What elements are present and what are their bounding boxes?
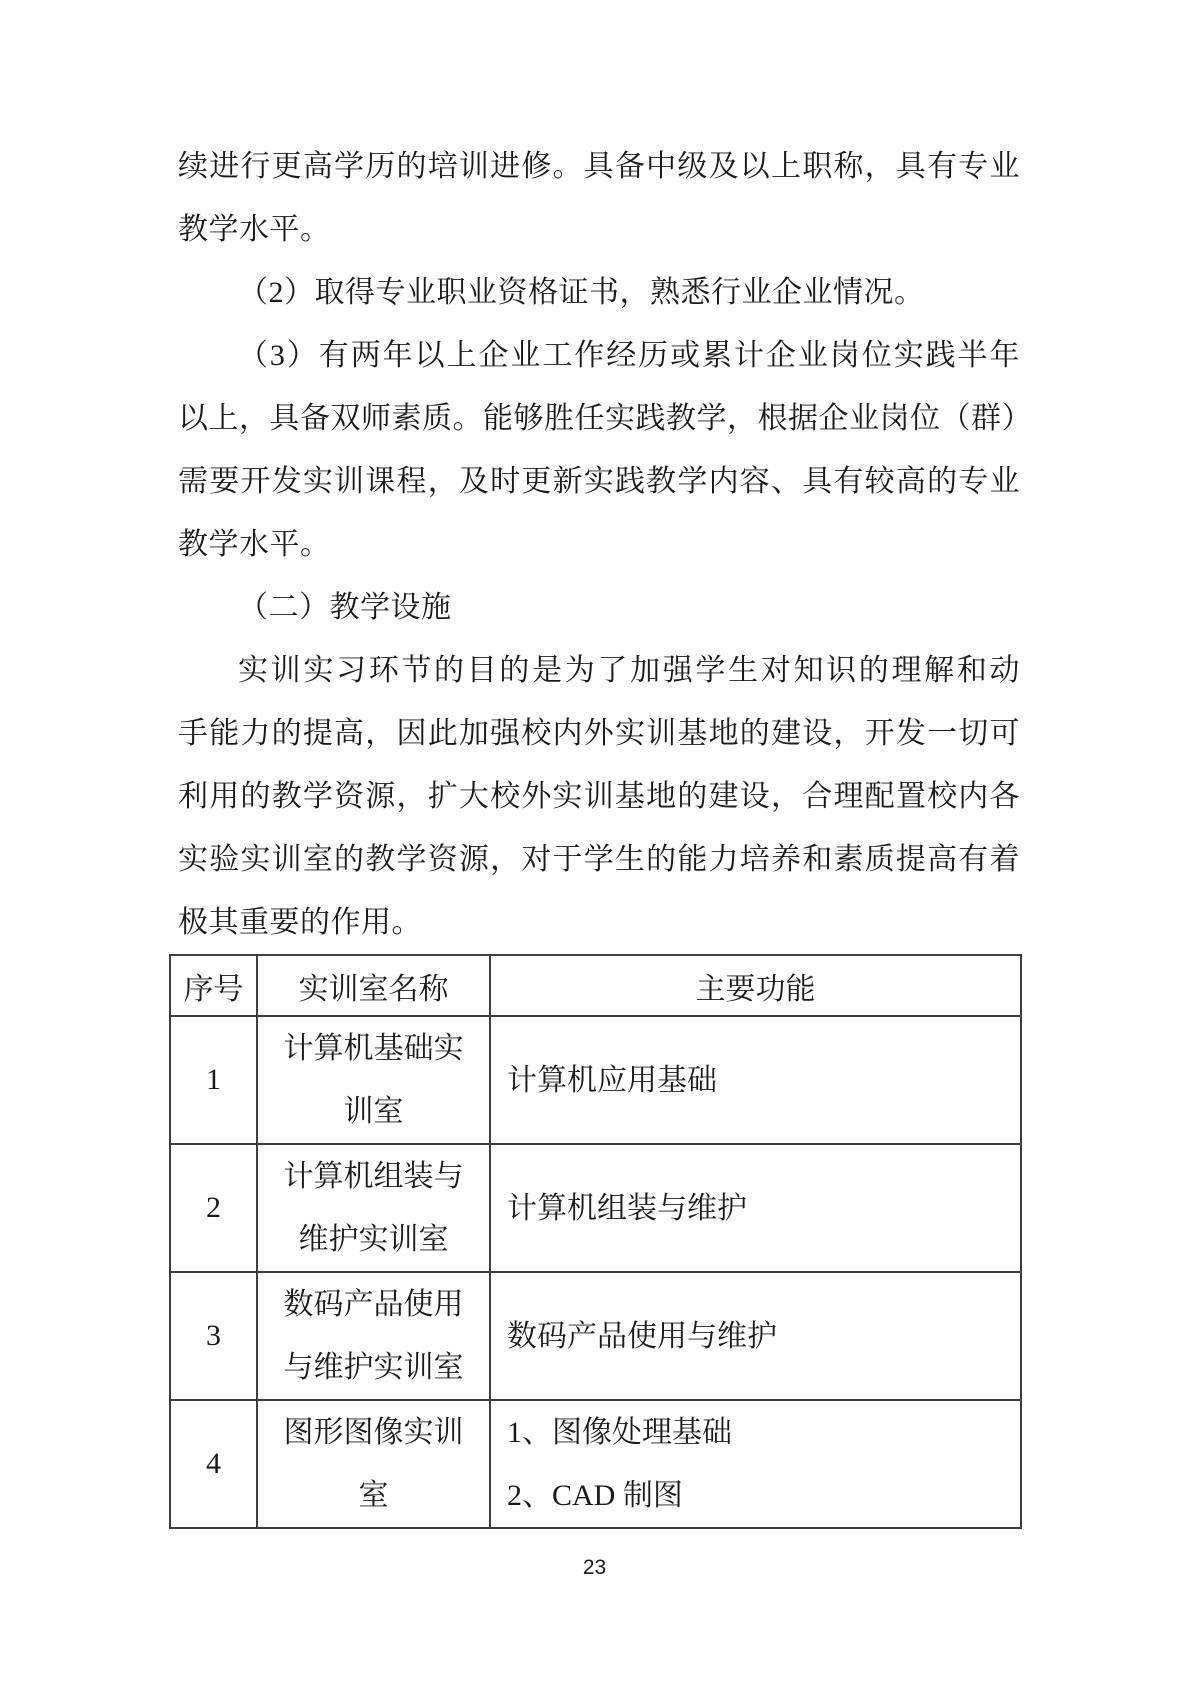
table-row: 1计算机基础实 训室计算机应用基础 <box>170 1016 1021 1144</box>
page-number: 23 <box>0 1556 1189 1580</box>
text-line: 极其重要的作用。 <box>169 891 1020 954</box>
text-line: （二）教学设施 <box>169 576 1020 639</box>
text-line: 实验实训室的教学资源，对于学生的能力培养和素质提高有着 <box>169 828 1020 891</box>
document-page: 续进行更高学历的培训进修。具备中级及以上职称，具有专业教学水平。（2）取得专业职… <box>0 0 1189 1683</box>
table-header-row: 序号 实训室名称 主要功能 <box>170 955 1021 1016</box>
text-line: 教学水平。 <box>169 513 1020 576</box>
cell-room-name: 计算机基础实 训室 <box>257 1016 490 1144</box>
column-header-seq: 序号 <box>170 955 257 1016</box>
table-row: 4图形图像实训 室1、图像处理基础 2、CAD 制图 <box>170 1400 1021 1528</box>
text-line: 利用的教学资源，扩大校外实训基地的建设，合理配置校内各 <box>169 765 1020 828</box>
cell-seq: 2 <box>170 1144 257 1272</box>
cell-seq: 1 <box>170 1016 257 1144</box>
cell-seq: 4 <box>170 1400 257 1528</box>
table-row: 2计算机组装与 维护实训室计算机组装与维护 <box>170 1144 1021 1272</box>
text-line: 以上，具备双师素质。能够胜任实践教学，根据企业岗位（群） <box>169 387 1020 450</box>
page-content: 续进行更高学历的培训进修。具备中级及以上职称，具有专业教学水平。（2）取得专业职… <box>169 135 1020 1529</box>
body-text: 续进行更高学历的培训进修。具备中级及以上职称，具有专业教学水平。（2）取得专业职… <box>169 135 1020 954</box>
cell-room-name: 计算机组装与 维护实训室 <box>257 1144 490 1272</box>
cell-main-function: 计算机组装与维护 <box>490 1144 1021 1272</box>
text-line: 教学水平。 <box>169 198 1020 261</box>
text-line: 需要开发实训课程，及时更新实践教学内容、具有较高的专业 <box>169 450 1020 513</box>
cell-main-function: 计算机应用基础 <box>490 1016 1021 1144</box>
cell-seq: 3 <box>170 1272 257 1400</box>
column-header-room-name: 实训室名称 <box>257 955 490 1016</box>
text-line: 实训实习环节的目的是为了加强学生对知识的理解和动 <box>169 639 1020 702</box>
text-line: 手能力的提高，因此加强校内外实训基地的建设，开发一切可 <box>169 702 1020 765</box>
training-rooms-table: 序号 实训室名称 主要功能 1计算机基础实 训室计算机应用基础2计算机组装与 维… <box>169 954 1022 1529</box>
text-line: （2）取得专业职业资格证书，熟悉行业企业情况。 <box>169 261 1020 324</box>
text-line: （3）有两年以上企业工作经历或累计企业岗位实践半年 <box>169 324 1020 387</box>
cell-main-function: 1、图像处理基础 2、CAD 制图 <box>490 1400 1021 1528</box>
cell-room-name: 图形图像实训 室 <box>257 1400 490 1528</box>
table-header: 序号 实训室名称 主要功能 <box>170 955 1021 1016</box>
table-row: 3数码产品使用 与维护实训室数码产品使用与维护 <box>170 1272 1021 1400</box>
cell-main-function: 数码产品使用与维护 <box>490 1272 1021 1400</box>
table-body: 1计算机基础实 训室计算机应用基础2计算机组装与 维护实训室计算机组装与维护3数… <box>170 1016 1021 1528</box>
text-line: 续进行更高学历的培训进修。具备中级及以上职称，具有专业 <box>169 135 1020 198</box>
cell-room-name: 数码产品使用 与维护实训室 <box>257 1272 490 1400</box>
column-header-main-function: 主要功能 <box>490 955 1021 1016</box>
